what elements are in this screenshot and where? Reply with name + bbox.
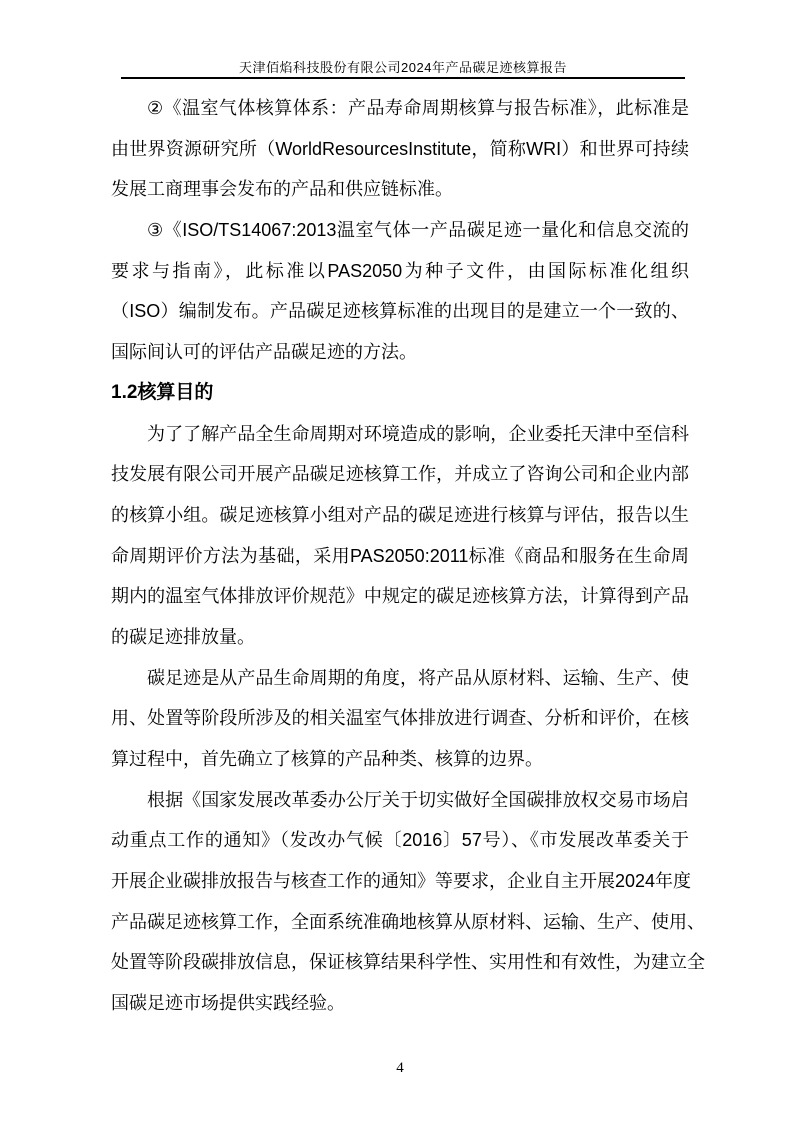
text-line: 发展工商理事会发布的产品和供应链标准。 bbox=[111, 169, 689, 210]
text-line: 处置等阶段碳排放信息，保证核算结果科学性、实用性和有效性，为建立全 bbox=[111, 942, 689, 983]
text-line: 国碳足迹市场提供实践经验。 bbox=[111, 983, 689, 1024]
text-line: 命周期评价方法为基础，采用PAS2050:2011标准《商品和服务在生命周 bbox=[111, 536, 689, 577]
page-header: 天津佰焰科技股份有限公司2024年产品碳足迹核算报告 bbox=[121, 0, 685, 79]
section-heading-1-2: 1.2核算目的 bbox=[111, 373, 689, 414]
text-line: 要求与指南》，此标准以PAS2050为种子文件，由国际标准化组织 bbox=[111, 251, 689, 292]
page-number: 4 bbox=[0, 1058, 800, 1078]
text-line: 用、处置等阶段所涉及的相关温室气体排放进行调查、分析和评价，在核 bbox=[111, 698, 689, 739]
text-line: 技发展有限公司开展产品碳足迹核算工作，并成立了咨询公司和企业内部 bbox=[111, 454, 689, 495]
text-line: 的碳足迹排放量。 bbox=[111, 617, 689, 658]
text-line: 的核算小组。碳足迹核算小组对产品的碳足迹进行核算与评估，报告以生 bbox=[111, 495, 689, 536]
text-line: 算过程中，首先确立了核算的产品种类、核算的边界。 bbox=[111, 739, 689, 780]
text-line: 动重点工作的通知》（发改办气候〔2016〕57号）、《市发展改革委关于 bbox=[111, 820, 689, 861]
text-line: 由世界资源研究所（WorldResourcesInstitute，简称WRI）和… bbox=[111, 129, 689, 170]
text-line: 开展企业碳排放报告与核查工作的通知》等要求，企业自主开展2024年度 bbox=[111, 861, 689, 902]
text-line: 国际间认可的评估产品碳足迹的方法。 bbox=[111, 332, 689, 373]
text-line: ②《温室气体核算体系：产品寿命周期核算与报告标准》，此标准是 bbox=[111, 88, 689, 129]
document-page: 天津佰焰科技股份有限公司2024年产品碳足迹核算报告 ②《温室气体核算体系：产品… bbox=[0, 0, 800, 1130]
text-line: 根据《国家发展改革委办公厅关于切实做好全国碳排放权交易市场启 bbox=[111, 780, 689, 821]
document-body: ②《温室气体核算体系：产品寿命周期核算与报告标准》，此标准是 由世界资源研究所（… bbox=[111, 88, 689, 1024]
text-line: （ISO）编制发布。产品碳足迹核算标准的出现目的是建立一个一致的、 bbox=[111, 291, 689, 332]
text-line: 碳足迹是从产品生命周期的角度，将产品从原材料、运输、生产、使 bbox=[111, 658, 689, 699]
text-line: 期内的温室气体排放评价规范》中规定的碳足迹核算方法，计算得到产品 bbox=[111, 576, 689, 617]
text-line: 产品碳足迹核算工作，全面系统准确地核算从原材料、运输、生产、使用、 bbox=[111, 902, 689, 943]
text-line: ③《ISO/TS14067:2013温室气体一产品碳足迹一量化和信息交流的 bbox=[111, 210, 689, 251]
text-line: 为了了解产品全生命周期对环境造成的影响，企业委托天津中至信科 bbox=[111, 414, 689, 455]
report-header-title: 天津佰焰科技股份有限公司2024年产品碳足迹核算报告 bbox=[239, 59, 567, 77]
